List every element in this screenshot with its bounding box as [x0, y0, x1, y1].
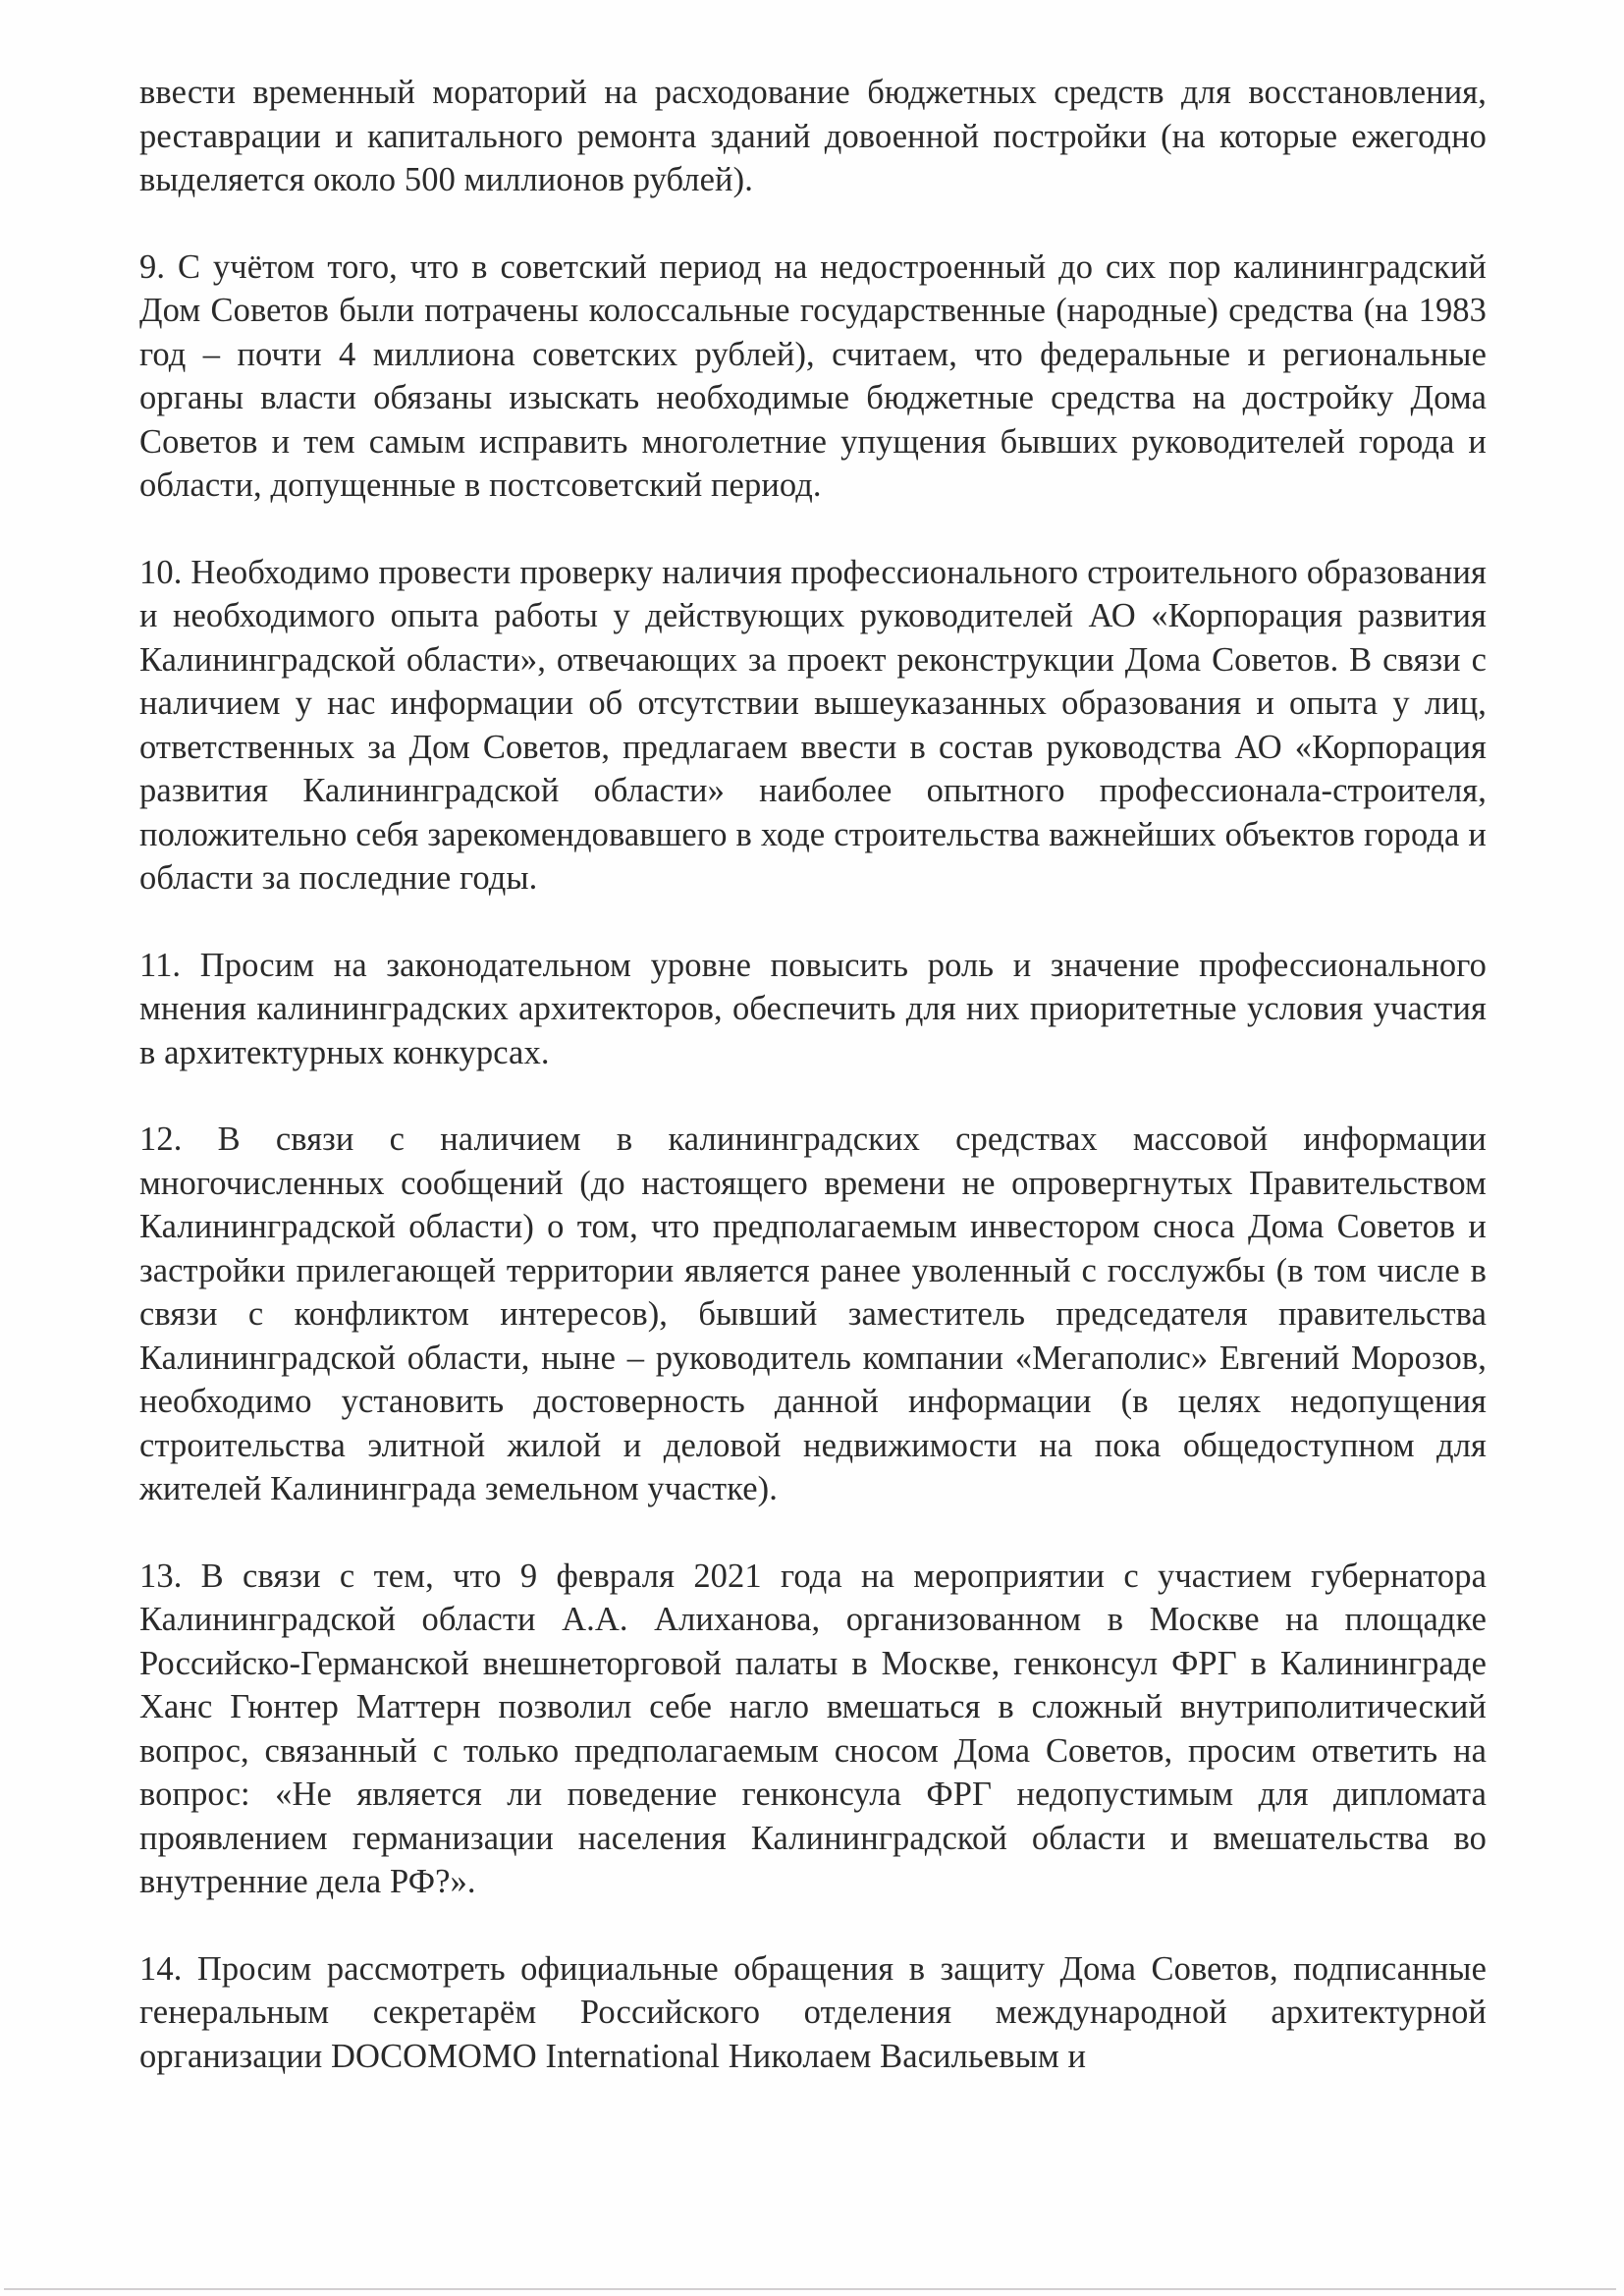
paragraph-9: 9. С учётом того, что в советский период… [139, 246, 1487, 508]
paragraph-13: 13. В связи с тем, что 9 февраля 2021 го… [139, 1555, 1487, 1904]
paragraph-14: 14. Просим рассмотреть официальные обращ… [139, 1947, 1487, 2079]
paragraph-continuation: ввести временный мораторий на расходован… [139, 71, 1487, 202]
paragraph-10: 10. Необходимо провести проверку наличия… [139, 551, 1487, 901]
scan-edge-line [4, 2288, 1616, 2290]
document-page: ввести временный мораторий на расходован… [0, 0, 1624, 2296]
paragraph-11: 11. Просим на законодательном уровне пов… [139, 944, 1487, 1075]
paragraph-12: 12. В связи с наличием в калининградских… [139, 1118, 1487, 1511]
document-body: ввести временный мораторий на расходован… [139, 71, 1487, 2121]
